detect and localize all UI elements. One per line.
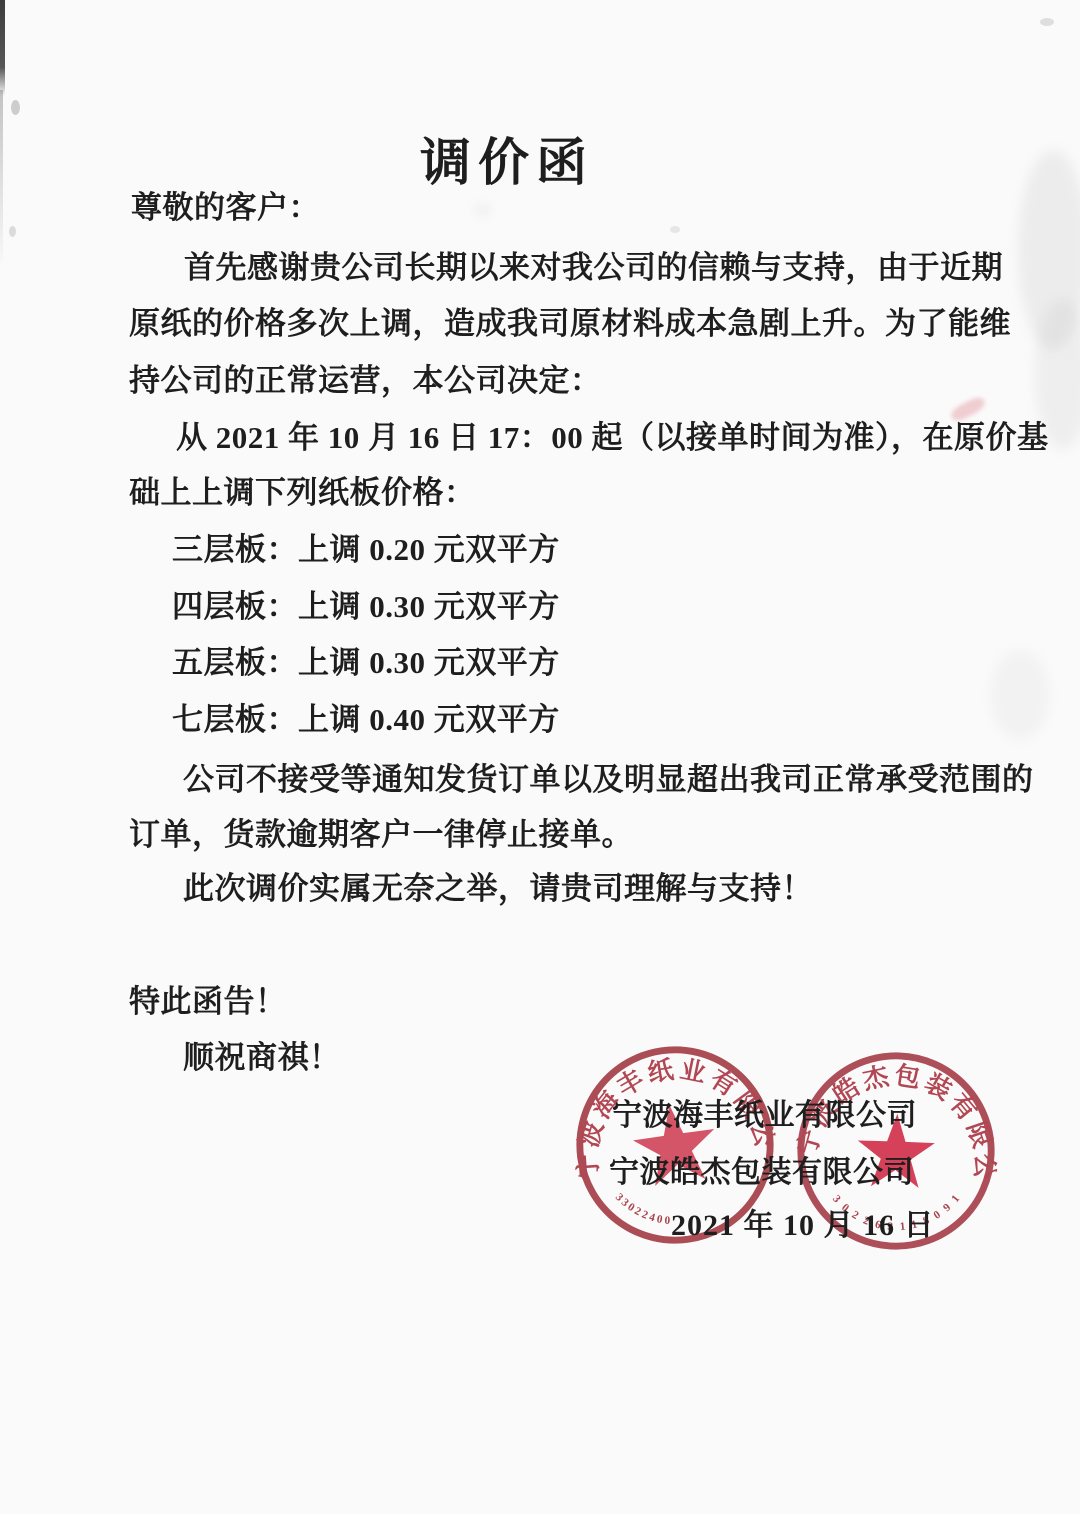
price-item-5ply: 五层板：上调 0.30 元双平方 bbox=[172, 637, 560, 682]
notice-line: 特此函告！ bbox=[129, 976, 287, 1021]
scan-edge-artifact bbox=[0, 0, 5, 96]
paragraph2-line2: 础上上调下列纸板价格： bbox=[129, 467, 476, 512]
signature-company-2: 宁波皓杰包装有限公司 bbox=[609, 1147, 914, 1191]
closing-line: 顺祝商祺！ bbox=[183, 1032, 341, 1077]
price-item-3ply: 三层板：上调 0.20 元双平方 bbox=[172, 524, 560, 569]
scan-speck bbox=[11, 100, 20, 115]
scan-smudge bbox=[475, 205, 491, 215]
paragraph3-line2: 订单，货款逾期客户一律停止接单。 bbox=[129, 809, 633, 854]
salutation: 尊敬的客户： bbox=[131, 182, 320, 227]
paragraph1-line3: 持公司的正常运营，本公司决定： bbox=[129, 355, 602, 400]
scan-speck bbox=[1040, 18, 1054, 26]
paragraph1-line2: 原纸的价格多次上调，造成我司原材料成本急剧上升。为了能维 bbox=[129, 298, 1011, 343]
scan-speck bbox=[9, 226, 16, 237]
paragraph2-line1: 从 2021 年 10 月 16 日 17：00 起（以接单时间为准），在原价基 bbox=[176, 412, 1049, 457]
signature-company-1: 宁波海丰纸业有限公司 bbox=[612, 1090, 917, 1134]
scan-speck bbox=[670, 226, 680, 233]
paragraph3-line1: 公司不接受等通知发货订单以及明显超出我司正常承受范围的 bbox=[183, 754, 1034, 799]
scanned-letter-page: 调价函 尊敬的客户： 首先感谢贵公司长期以来对我公司的信赖与支持，由于近期 原纸… bbox=[0, 0, 1080, 1514]
signature-date: 2021 年 10 月 16 日 bbox=[671, 1200, 935, 1244]
letter-title: 调价函 bbox=[420, 121, 594, 195]
scan-edge-artifact-fade bbox=[0, 90, 3, 270]
paragraph1-line1: 首先感谢贵公司长期以来对我公司的信赖与支持，由于近期 bbox=[184, 242, 1003, 287]
scan-smudge bbox=[990, 650, 1050, 740]
price-item-4ply: 四层板：上调 0.30 元双平方 bbox=[172, 581, 560, 626]
paragraph4: 此次调价实属无奈之举，请贵司理解与支持！ bbox=[183, 863, 813, 908]
price-item-7ply: 七层板：上调 0.40 元双平方 bbox=[172, 694, 560, 739]
